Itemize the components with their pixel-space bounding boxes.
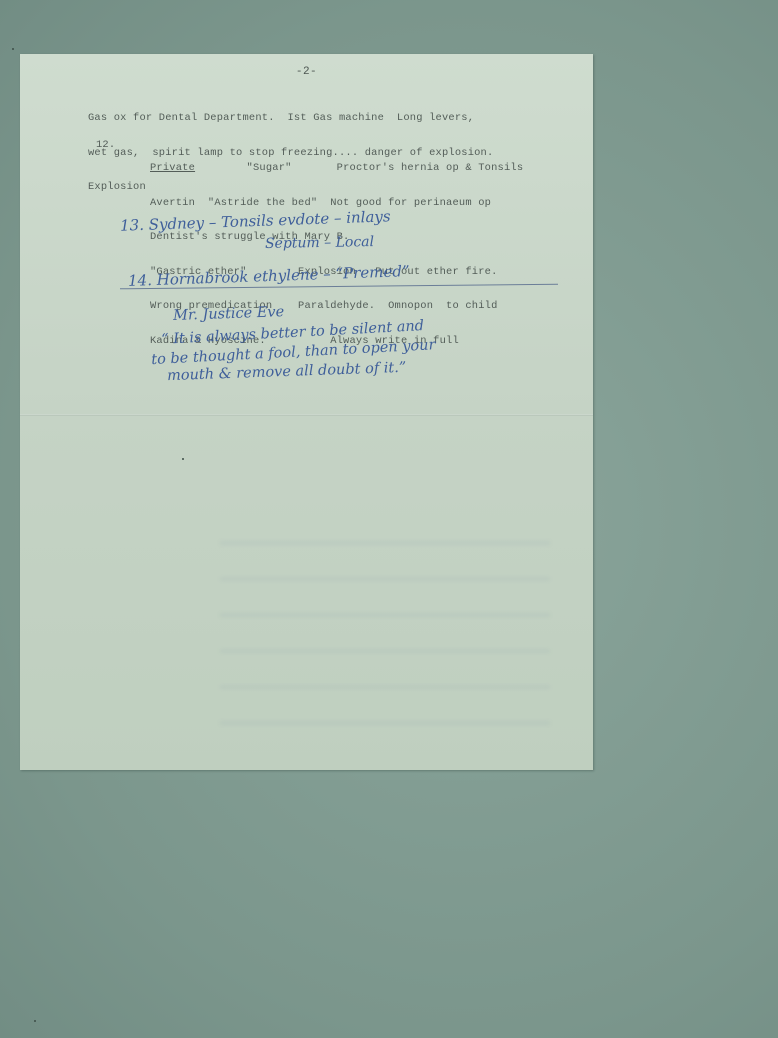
document-page: -2- Gas ox for Dental Department. Ist Ga…	[20, 54, 593, 770]
background-speck	[12, 48, 14, 50]
background-speck	[34, 1020, 36, 1022]
reverse-side-show-through	[220, 524, 550, 724]
paper-speck	[182, 458, 184, 460]
typed-line: Avertin "Astride the bed" Not good for p…	[150, 198, 523, 210]
handwritten-quote: Mr. Justice Eve “ It is always better to…	[155, 299, 575, 379]
typed-line: Gas ox for Dental Department. Ist Gas ma…	[88, 113, 493, 125]
typed-line: Private "Sugar" Proctor's hernia op & To…	[150, 163, 523, 175]
paper-fold	[20, 414, 593, 416]
page-number: -2-	[20, 66, 593, 78]
handwritten-item-13-continued: Septum – Local	[265, 234, 374, 252]
typed-line-text: "Sugar" Proctor's hernia op & Tonsils	[195, 162, 523, 174]
item-12-number: 12.	[96, 140, 115, 152]
item-12-heading: Private	[150, 162, 195, 174]
